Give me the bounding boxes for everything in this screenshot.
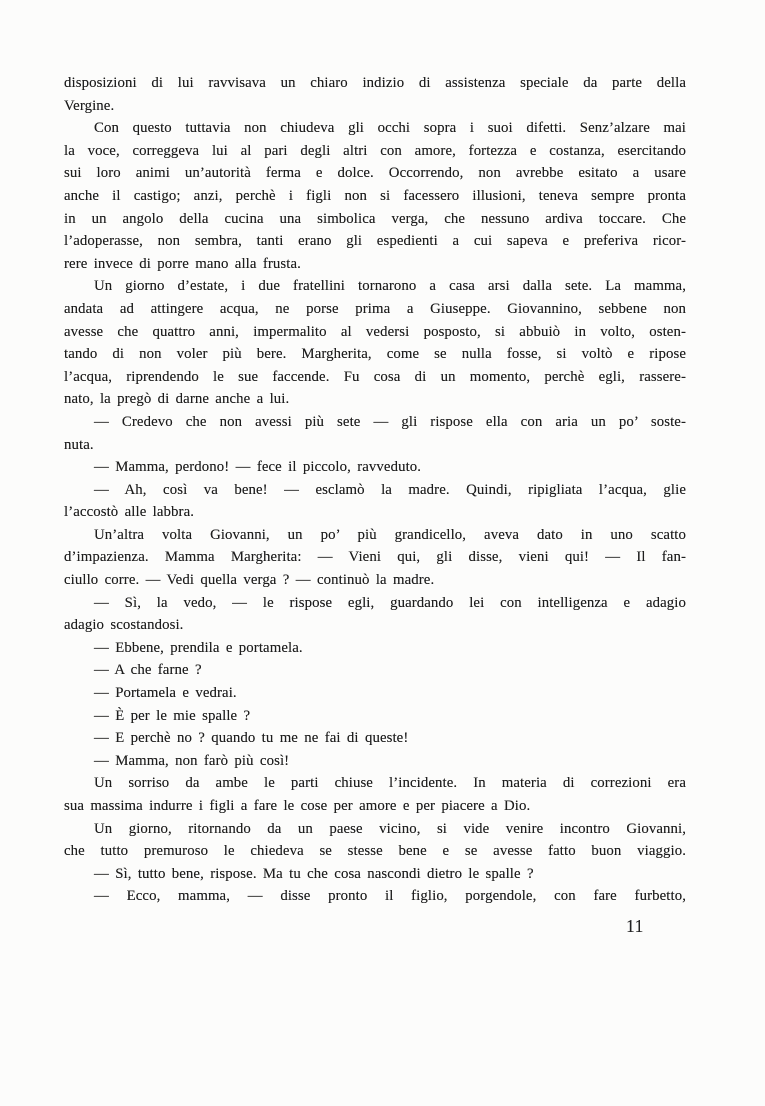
text-line: anche il castigo; anzi, perchè i figli n… (64, 185, 686, 208)
text-line: che tutto premuroso le chiedeva se stess… (64, 840, 686, 863)
paragraph: — Ebbene, prendila e portamela. (64, 637, 686, 660)
text-line: — Mamma, perdono! — fece il piccolo, rav… (64, 456, 686, 479)
book-page: disposizioni di lui ravvisava un chiaro … (0, 0, 765, 1106)
text-line: l’acqua, riprendendo le sue faccende. Fu… (64, 366, 686, 389)
text-line: — Ebbene, prendila e portamela. (64, 637, 686, 660)
text-line: rere invece di porre mano alla frusta. (64, 253, 686, 276)
text-line: nato, la pregò di darne anche a lui. (64, 388, 686, 411)
paragraph: — È per le mie spalle ? (64, 705, 686, 728)
text-line: Con questo tuttavia non chiudeva gli occ… (64, 117, 686, 140)
text-line: la voce, correggeva lui al pari degli al… (64, 140, 686, 163)
text-line: — Sì, tutto bene, rispose. Ma tu che cos… (64, 863, 686, 886)
paragraph: — A che farne ? (64, 659, 686, 682)
paragraph: — Credevo che non avessi più sete — gli … (64, 411, 686, 456)
text-line: d’impazienza. Mamma Margherita: — Vieni … (64, 546, 686, 569)
paragraph: — Mamma, non farò più così! (64, 750, 686, 773)
text-line: Un giorno d’estate, i due fratellini tor… (64, 275, 686, 298)
paragraph: Un giorno, ritornando da un paese vicino… (64, 818, 686, 863)
text-line: — Mamma, non farò più così! (64, 750, 686, 773)
text-line: — Portamela e vedrai. (64, 682, 686, 705)
text-line: Un sorriso da ambe le parti chiuse l’inc… (64, 772, 686, 795)
text-block: disposizioni di lui ravvisava un chiaro … (64, 72, 686, 908)
text-line: avesse che quattro anni, impermalito al … (64, 321, 686, 344)
text-line: — Ah, così va bene! — esclamò la madre. … (64, 479, 686, 502)
text-line: sua massima indurre i figli a fare le co… (64, 795, 686, 818)
text-line: andata ad attingere acqua, ne porse prim… (64, 298, 686, 321)
text-line: Un giorno, ritornando da un paese vicino… (64, 818, 686, 841)
text-line: ciullo corre. — Vedi quella verga ? — co… (64, 569, 686, 592)
text-line: — A che farne ? (64, 659, 686, 682)
text-line: tando di non voler più bere. Margherita,… (64, 343, 686, 366)
text-line: in un angolo della cucina una simbolica … (64, 208, 686, 231)
paragraph: disposizioni di lui ravvisava un chiaro … (64, 72, 686, 117)
text-line: Un’altra volta Giovanni, un po’ più gran… (64, 524, 686, 547)
text-line: Vergine. (64, 95, 686, 118)
paragraph: Un sorriso da ambe le parti chiuse l’inc… (64, 772, 686, 817)
paragraph: Un giorno d’estate, i due fratellini tor… (64, 275, 686, 411)
paragraph: Con questo tuttavia non chiudeva gli occ… (64, 117, 686, 275)
paragraph: Un’altra volta Giovanni, un po’ più gran… (64, 524, 686, 592)
text-line: sui loro animi un’autorità ferma e dolce… (64, 162, 686, 185)
text-line: l’adoperasse, non sembra, tanti erano gl… (64, 230, 686, 253)
text-line: adagio scostandosi. (64, 614, 686, 637)
paragraph: — Ecco, mamma, — disse pronto il figlio,… (64, 885, 686, 908)
text-line: — Ecco, mamma, — disse pronto il figlio,… (64, 885, 686, 908)
text-line: — È per le mie spalle ? (64, 705, 686, 728)
text-line: disposizioni di lui ravvisava un chiaro … (64, 72, 686, 95)
paragraph: — Portamela e vedrai. (64, 682, 686, 705)
paragraph: — E perchè no ? quando tu me ne fai di q… (64, 727, 686, 750)
paragraph: — Sì, la vedo, — le rispose egli, guarda… (64, 592, 686, 637)
text-line: — Sì, la vedo, — le rispose egli, guarda… (64, 592, 686, 615)
page-number: 11 (626, 916, 644, 937)
paragraph: — Sì, tutto bene, rispose. Ma tu che cos… (64, 863, 686, 886)
text-line: l’accostò alle labbra. (64, 501, 686, 524)
paragraph: — Ah, così va bene! — esclamò la madre. … (64, 479, 686, 524)
text-line: — Credevo che non avessi più sete — gli … (64, 411, 686, 434)
text-line: nuta. (64, 434, 686, 457)
text-line: — E perchè no ? quando tu me ne fai di q… (64, 727, 686, 750)
paragraph: — Mamma, perdono! — fece il piccolo, rav… (64, 456, 686, 479)
